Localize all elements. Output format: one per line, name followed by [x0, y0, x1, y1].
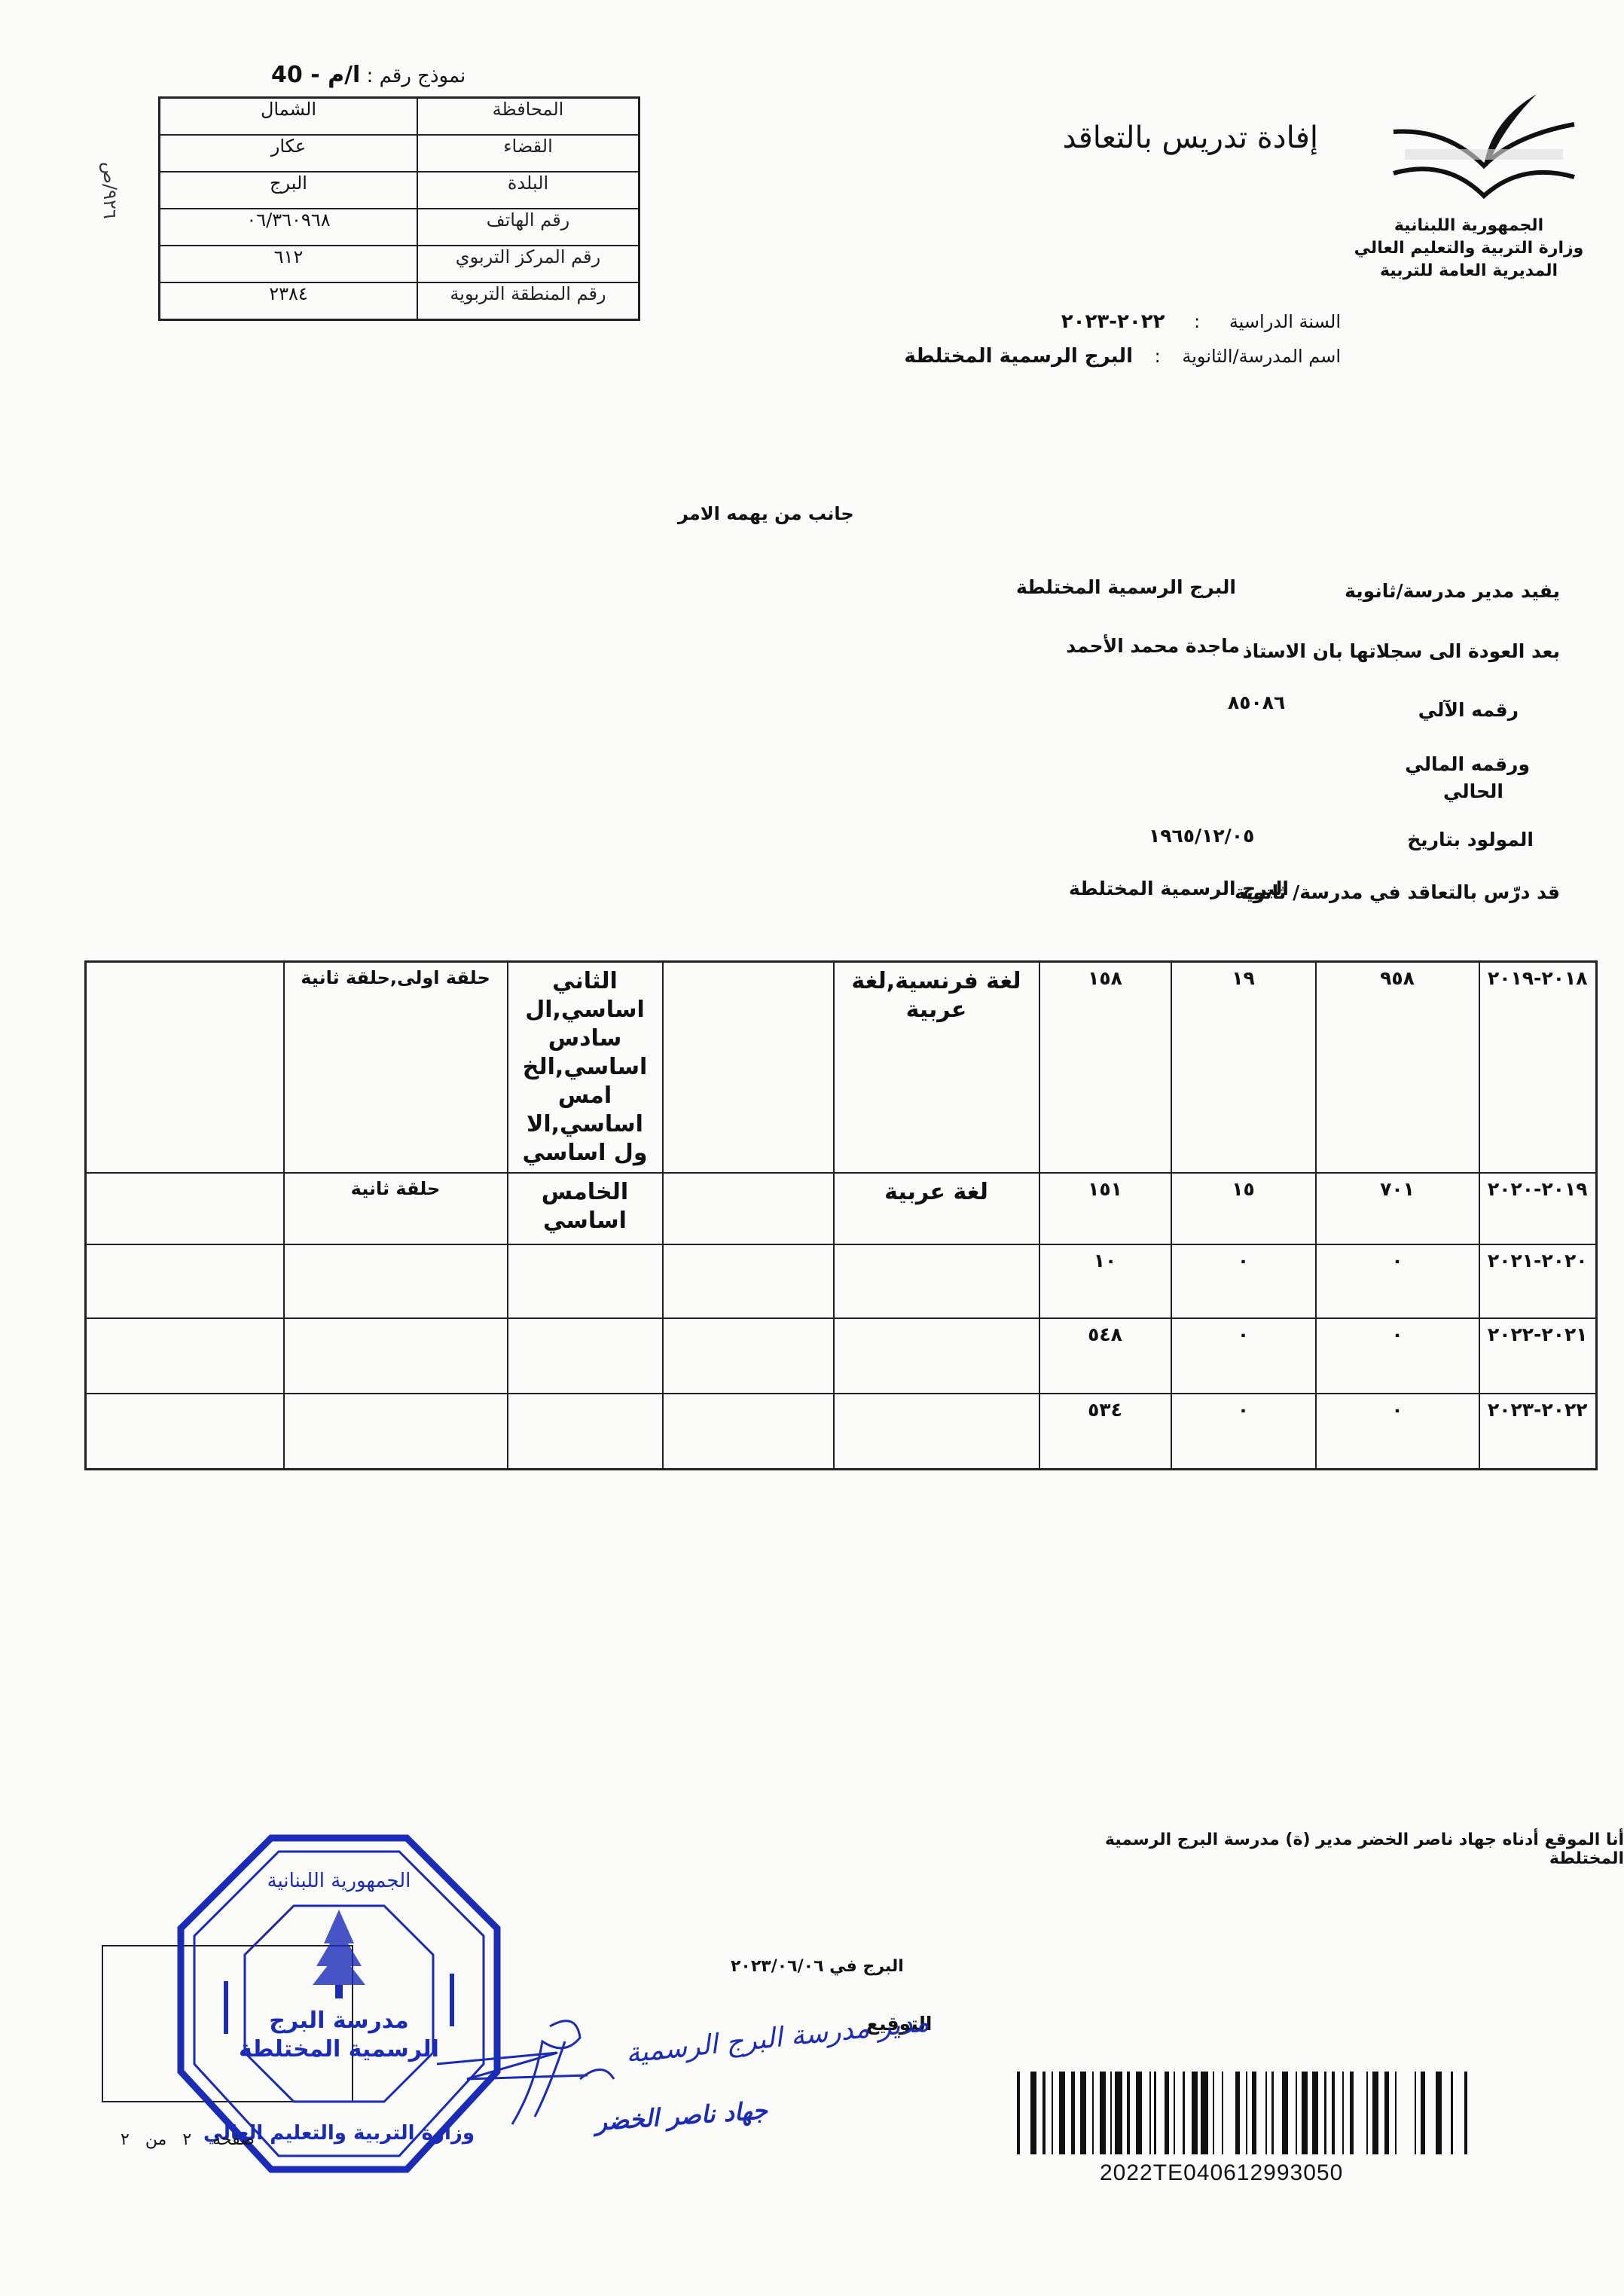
info-label: رقم المركز التربوي: [417, 246, 640, 282]
subjects-cell: [834, 1244, 1039, 1318]
cycles-cell: [284, 1394, 508, 1469]
handwritten-signature-title: مدير مدرسة البرج الرسمية: [624, 2007, 930, 2069]
stamp-center-text-1: مدرسة البرج: [269, 2007, 408, 2034]
place-and-date: البرج في ٢٠٢٣/٠٦/٠٦: [731, 1957, 904, 1976]
classes-cell: [508, 1244, 663, 1318]
teaching-history-table: حلقة اولى,حلقة ثانية الثاني اساسي,ال ساد…: [84, 960, 1598, 1470]
info-value: ٢٣٨٤: [160, 282, 418, 320]
director-certifies-label: يفيد مدير مدرسة/ثانوية: [1345, 580, 1560, 602]
auto-number-value: ٨٥٠٨٦: [1228, 692, 1285, 713]
auto-number-label: رقمه الآلي: [1418, 699, 1519, 721]
open-book-icon: [1378, 90, 1589, 211]
subjects-cell: لغة فرنسية,لغة عربية: [834, 962, 1039, 1174]
academic-year-value: ٢٠٢٢-٢٠٢٣: [1061, 310, 1165, 333]
info-row: ٠٦/٣٦٠٩٦٨رقم الهاتف: [160, 209, 640, 246]
school-name-label: اسم المدرسة/الثانوية: [1182, 346, 1341, 367]
info-label: البلدة: [417, 172, 640, 209]
separator: :: [1171, 311, 1223, 332]
cycles-cell: حلقة ثانية: [284, 1173, 508, 1244]
financial-number-label: ورقمه المالي: [1405, 753, 1530, 775]
barcode-icon: [1017, 2072, 1476, 2154]
academic-year-label: السنة الدراسية: [1229, 311, 1341, 332]
year-cell: ٢٠١٩-٢٠٢٠: [1479, 1173, 1597, 1244]
financial-number-label-2: الحالي: [1443, 780, 1503, 802]
taught-at-school: البرج الرسمية المختلطة: [1069, 878, 1289, 899]
page-of: من: [145, 2130, 167, 2149]
info-row: عكارالقضاء: [160, 135, 640, 172]
info-label: رقم المنطقة التربوية: [417, 282, 640, 320]
table-row: ٥٤٨ ٠ ٠ ٢٠٢١-٢٠٢٢: [86, 1318, 1597, 1394]
form-number-label: نموذج رقم :: [367, 65, 466, 87]
value-cell: ٠: [1316, 1244, 1479, 1318]
teacher-name: ماجدة محمد الأحمد: [1066, 635, 1240, 657]
info-value: عكار: [160, 135, 418, 172]
ministry-line: وزارة التربية والتعليم العالي: [1348, 237, 1589, 260]
value-cell: ٠: [1171, 1244, 1316, 1318]
classes-cell: الثاني اساسي,ال سادس اساسي,الخ امس اساسي…: [508, 962, 663, 1174]
extra-cell: [86, 1394, 284, 1469]
info-row: ٢٣٨٤رقم المنطقة التربوية: [160, 282, 640, 320]
info-label: المحافظة: [417, 98, 640, 136]
classes-cell: [508, 1394, 663, 1469]
signer-declaration: أنا الموقع أدناه جهاد ناصر الخضر مدير (ة…: [1062, 1830, 1624, 1868]
ministry-line: الجمهورية اللبنانية: [1348, 215, 1589, 237]
info-value: الشمال: [160, 98, 418, 136]
page-number: صفحة ٢ من ٢: [121, 2130, 255, 2149]
extra-cell: [86, 1244, 284, 1318]
value-cell: ٠: [1316, 1394, 1479, 1469]
extra-cell: [86, 1173, 284, 1244]
page-current: ٢: [182, 2130, 191, 2149]
handwritten-reference-note: ٩٢٦/ص: [99, 162, 121, 219]
year-cell: ٢٠١٨-٢٠١٩: [1479, 962, 1597, 1174]
info-label: القضاء: [417, 135, 640, 172]
classes-cell: الخامس اساسي: [508, 1173, 663, 1244]
table-row: حلقة اولى,حلقة ثانية الثاني اساسي,ال ساد…: [86, 962, 1597, 1174]
info-value: ٠٦/٣٦٠٩٦٨: [160, 209, 418, 246]
year-cell: ٢٠٢٠-٢٠٢١: [1479, 1244, 1597, 1318]
page-total: ٢: [121, 2130, 130, 2149]
value-cell: ٠: [1171, 1394, 1316, 1469]
info-row: الشمالالمحافظة: [160, 98, 640, 136]
year-cell: ٢٠٢٢-٢٠٢٣: [1479, 1394, 1597, 1469]
value-cell: ١٠: [1039, 1244, 1171, 1318]
extra-cell: [86, 962, 284, 1174]
records-statement-label: بعد العودة الى سجلاتها بان الاستاذ: [1243, 640, 1560, 662]
info-value: ٦١٢: [160, 246, 418, 282]
value-cell: ١٥٨: [1039, 962, 1171, 1174]
separator: :: [1139, 346, 1177, 367]
info-row: البرجالبلدة: [160, 172, 640, 209]
ministry-header: الجمهورية اللبنانية وزارة التربية والتعل…: [1348, 215, 1589, 282]
value-cell: ٠: [1316, 1318, 1479, 1394]
director-school-value: البرج الرسمية المختلطة: [1016, 576, 1236, 598]
page-label: صفحة: [212, 2130, 255, 2149]
stamp-ring-top: الجمهورية اللبنانية: [267, 1870, 411, 1892]
birth-date-value: ١٩٦٥/١٢/٠٥: [1149, 825, 1254, 847]
subjects-cell: لغة عربية: [834, 1173, 1039, 1244]
classes-cell: [508, 1318, 663, 1394]
value-cell: ٩٥٨: [1316, 962, 1479, 1174]
academic-year-row: السنة الدراسية : ٢٠٢٢-٢٠٢٣: [1061, 310, 1341, 333]
table-row: ٥٣٤ ٠ ٠ ٢٠٢٢-٢٠٢٣: [86, 1394, 1597, 1469]
cycles-cell: [284, 1318, 508, 1394]
value-cell: ١٥: [1171, 1173, 1316, 1244]
document-title: إفادة تدريس بالتعاقد: [1032, 121, 1318, 155]
empty-cell: [663, 1173, 834, 1244]
school-name-value: البرج الرسمية المختلطة: [904, 345, 1133, 368]
info-label: رقم الهاتف: [417, 209, 640, 246]
year-cell: ٢٠٢١-٢٠٢٢: [1479, 1318, 1597, 1394]
barcode-number: 2022TE040612993050: [1100, 2160, 1343, 2186]
addressee: جانب من يهمه الامر: [678, 503, 854, 524]
value-cell: ١٩: [1171, 962, 1316, 1174]
table-row: حلقة ثانية الخامس اساسي لغة عربية ١٥١ ١٥…: [86, 1173, 1597, 1244]
cycles-cell: [284, 1244, 508, 1318]
empty-cell: [663, 1318, 834, 1394]
subjects-cell: [834, 1318, 1039, 1394]
value-cell: ٥٣٤: [1039, 1394, 1171, 1469]
value-cell: ١٥١: [1039, 1173, 1171, 1244]
empty-cell: [663, 1244, 834, 1318]
empty-cell: [663, 962, 834, 1174]
birth-date-label: المولود بتاريخ: [1407, 829, 1534, 850]
subjects-cell: [834, 1394, 1039, 1469]
ministry-line: المديرية العامة للتربية: [1348, 260, 1589, 282]
stamp-center-text-2: الرسمية المختلطة: [239, 2036, 439, 2062]
value-cell: ٠: [1171, 1318, 1316, 1394]
form-number-value: ا/م - 40: [271, 62, 360, 88]
value-cell: ٥٤٨: [1039, 1318, 1171, 1394]
form-number: نموذج رقم : ا/م - 40: [271, 62, 466, 88]
cycles-cell: حلقة اولى,حلقة ثانية: [284, 962, 508, 1174]
table-row: ١٠ ٠ ٠ ٢٠٢٠-٢٠٢١: [86, 1244, 1597, 1318]
info-row: ٦١٢رقم المركز التربوي: [160, 246, 640, 282]
info-value: البرج: [160, 172, 418, 209]
value-cell: ٧٠١: [1316, 1173, 1479, 1244]
empty-cell: [663, 1394, 834, 1469]
school-info-box: الشمالالمحافظة عكارالقضاء البرجالبلدة ٠٦…: [158, 96, 640, 321]
school-name-row: اسم المدرسة/الثانوية : البرج الرسمية الم…: [904, 345, 1341, 368]
extra-cell: [86, 1318, 284, 1394]
